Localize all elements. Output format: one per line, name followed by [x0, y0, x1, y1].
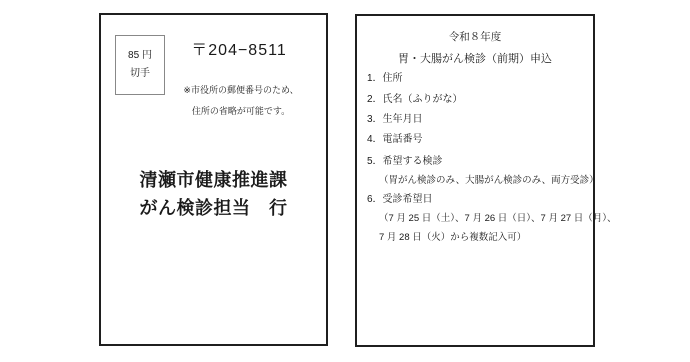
list-item-desired-exam: 5．希望する検診: [367, 152, 443, 167]
list-item-name: 2．氏名（ふりがな）: [367, 90, 463, 105]
envelope-front: 85 円 切手 〒204−8511 ※市役所の郵便番号のため、 住所の省略が可能…: [99, 13, 328, 346]
postal-code: 〒204−8511: [158, 37, 320, 60]
list-item-address: 1．住所: [367, 69, 403, 84]
list-item-phone: 4．電話番号: [367, 130, 423, 145]
fiscal-year-title: 令和８年度: [357, 29, 593, 44]
desired-date-options-line1: （7 月 25 日（土）、7 月 26 日（日）、7 月 27 日（月）、: [379, 210, 617, 224]
recipient-section: がん検診担当 行: [101, 194, 326, 220]
envelope-back: 令和８年度 胃・大腸がん検診（前期）申込 1．住所 2．氏名（ふりがな） 3．生…: [355, 14, 595, 347]
stamp-amount: 85 円: [128, 51, 152, 61]
desired-exam-options: （胃がん検診のみ、大腸がん検診のみ、両方受診）: [379, 172, 599, 186]
recipient-department: 清瀬市健康推進課: [101, 166, 326, 192]
postal-note-line1: ※市役所の郵便番号のため、: [158, 83, 324, 96]
stamp-label: 切手: [130, 69, 150, 79]
list-item-birthdate: 3．生年月日: [367, 110, 423, 125]
desired-date-options-line2: 7 月 28 日（火）から複数記入可）: [379, 229, 526, 243]
postal-note-line2: 住所の省略が可能です。: [158, 104, 324, 117]
application-title: 胃・大腸がん検診（前期）申込: [357, 50, 593, 66]
list-item-desired-date: 6．受診希望日: [367, 190, 433, 205]
document-canvas: 85 円 切手 〒204−8511 ※市役所の郵便番号のため、 住所の省略が可能…: [0, 0, 690, 362]
